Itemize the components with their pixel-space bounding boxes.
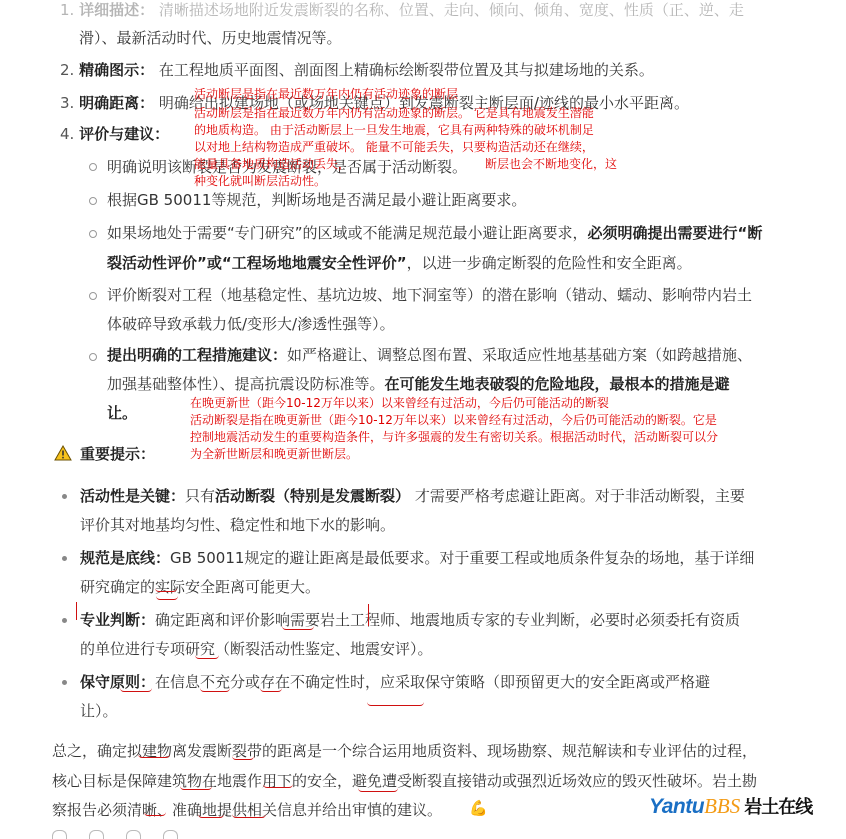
bullet-icon xyxy=(89,230,97,238)
copy-icon[interactable] xyxy=(52,830,67,839)
ink-underline xyxy=(260,688,282,692)
ink-underline xyxy=(282,626,314,630)
ink-mark xyxy=(368,604,369,626)
step-number: 2. xyxy=(60,61,74,79)
annotation-note-1-line3: 以对地上结构物造成严重破坏。 能量不可能丢失，只要构造活动还在继续， xyxy=(194,140,594,155)
ink-mark xyxy=(76,602,77,620)
step-number: 4. xyxy=(60,125,74,143)
ink-underline xyxy=(180,786,212,790)
annotation-note-1-overlap: 能量具备地质构造活动丢失， xyxy=(194,157,350,172)
sub-item-bold: 裂活动性评价”或“工程场地地震安全性评价” xyxy=(107,254,407,272)
sub-item-3-line1: 如果场地处于需要“专门研究”的区域或不能满足规范最小避让距离要求，必须明确提出需… xyxy=(107,223,762,243)
step-2: 2. 精确图示： 在工程地质平面图、剖面图上精确标绘断裂带位置及其与拟建场地的关… xyxy=(60,60,654,80)
sub-item-5-line2: 加强基础整体性）、提高抗震设防标准等。在可能发生地表破裂的危险地段，最根本的措施… xyxy=(107,374,730,394)
ink-underline xyxy=(232,756,254,760)
important-title: 重要提示： xyxy=(80,444,155,464)
sub-item-bold: 必须明确提出需要进行“断 xyxy=(588,224,763,242)
ink-underline xyxy=(120,688,152,692)
bullet-icon xyxy=(89,197,97,205)
bullet-icon xyxy=(62,618,67,623)
item-text: 确定距离和评价影响需要岩土工程师、地震地质专家的专业判断，必要时必须委托有资质 xyxy=(155,611,740,629)
item-text: 才需要严格考虑避让距离。对于非活动断裂，主要 xyxy=(415,487,745,505)
important-item-2-line1: 规范是底线：GB 50011规定的避让距离是最低要求。对于重要工程或地质条件复杂… xyxy=(80,548,754,568)
sub-item-4-line1: 评价断裂对工程（地基稳定性、基坑边坡、地下洞室等）的潜在影响（错动、蠕动、影响带… xyxy=(107,285,752,305)
annotation-note-1-line5: 种变化就叫断层活动性。 xyxy=(194,174,326,189)
sub-item-4-line2: 体破碎导致承载力低/变形大/渗透性强等）。 xyxy=(107,314,395,334)
annotation-note-2-line1: 活动断裂是指在晚更新世（距今10-12万年以来）以来曾经有过活动，今后仍可能活动… xyxy=(190,413,717,428)
chat-response-page: 1. 详细描述： 清晰描述场地附近发震断裂的名称、位置、走向、倾向、倾角、宽度、… xyxy=(0,0,846,839)
sub-item-5-line3: 让。 xyxy=(107,403,137,423)
ink-underline xyxy=(144,812,166,816)
important-item-1-line2: 评价其对地基均匀性、稳定性和地下水的影响。 xyxy=(80,515,395,535)
ink-underline xyxy=(198,814,224,818)
bullet-icon xyxy=(89,353,97,361)
bullet-icon xyxy=(89,163,97,171)
summary-line2: 核心目标是保障建筑物在地震作用下的安全，避免遭受断裂直接错动或强烈近场效应的毁灭… xyxy=(52,771,757,791)
message-action-toolbar xyxy=(52,830,178,839)
item-text: 只有 xyxy=(185,487,215,505)
sub-item-text: 如严格避让、调整总图布置、采取适应性地基基础方案（如跨越措施、 xyxy=(287,346,752,364)
logo-bbs: BBS xyxy=(704,794,740,818)
annotation-note-2-line3: 为全新世断层和晚更新世断层。 xyxy=(190,447,358,462)
bullet-icon xyxy=(62,494,67,499)
item-text: GB 50011规定的避让距离是最低要求。对于重要工程或地质条件复杂的场地，基于… xyxy=(170,549,754,567)
ink-underline xyxy=(232,814,266,818)
important-item-3-line2: 的单位进行专项研究（断裂活动性鉴定、地震安评）。 xyxy=(80,639,433,659)
item-text: 在信息不充分或存在不确定性时，应采取保守策略（即预留更大的安全距离或严格避 xyxy=(155,673,710,691)
step-title: 评价与建议： xyxy=(79,125,169,143)
logo-cn: 岩土在线 xyxy=(744,797,812,817)
sub-item-text: ，以进一步确定断裂的危险性和安全距离。 xyxy=(407,254,692,272)
annotation-note-1-line0: 活动断层是指在最近数万年内仍有活动迹象的断层 xyxy=(194,87,458,102)
refresh-icon[interactable] xyxy=(89,830,104,839)
sub-item-text: 如果场地处于需要“专门研究”的区域或不能满足规范最小避让距离要求， xyxy=(107,224,588,242)
flexed-bicep-emoji: 💪 xyxy=(469,799,488,817)
step-number: 1. xyxy=(60,1,74,19)
logo-yantu: Yantu xyxy=(649,795,704,818)
step-text: 在工程地质平面图、剖面图上精确标绘断裂带位置及其与拟建场地的关系。 xyxy=(159,61,654,79)
ink-underline xyxy=(155,588,177,592)
important-item-1-line1: 活动性是关键：只有活动断裂（特别是发震断裂） 才需要严格考虑避让距离。对于非活动… xyxy=(80,486,745,506)
item-title: 活动性是关键： xyxy=(80,487,185,505)
annotation-note-2-line0: 在晚更新世（距今10-12万年以来）以来曾经有过活动，今后仍可能活动的断裂 xyxy=(190,396,609,411)
summary-line1: 总之，确定拟建物离发震断裂带的距离是一个综合运用地质资料、现场勘察、规范解读和专… xyxy=(52,741,757,761)
sub-item-3-line2: 裂活动性评价”或“工程场地地震安全性评价”，以进一步确定断裂的危险性和安全距离。 xyxy=(107,253,692,273)
sub-item-2: 根据GB 50011等规范，判断场地是否满足最小避让距离要求。 xyxy=(107,190,526,210)
ink-underline xyxy=(367,702,424,706)
step-title: 精确图示： xyxy=(79,61,154,79)
sub-item-5-line1: 提出明确的工程措施建议：如严格避让、调整总图布置、采取适应性地基基础方案（如跨越… xyxy=(107,345,752,365)
step-1: 1. 详细描述： 清晰描述场地附近发震断裂的名称、位置、走向、倾向、倾角、宽度、… xyxy=(60,0,744,20)
step-number: 3. xyxy=(60,94,74,112)
sub-item-bold: 在可能发生地表破裂的危险地段，最根本的措施是避 xyxy=(385,375,730,393)
annotation-note-1-line1: 活动断层是指在最近数万年内仍有活动迹象的断层。 它是具有地震发生潜能 xyxy=(194,106,594,121)
important-item-2-line2: 研究确定的实际安全距离可能更大。 xyxy=(80,577,320,597)
ink-underline xyxy=(195,655,219,659)
bullet-icon xyxy=(62,556,67,561)
step-title: 详细描述： xyxy=(79,1,154,19)
ink-underline xyxy=(138,754,170,758)
item-bold: 活动断裂（特别是发震断裂） xyxy=(215,487,410,505)
annotation-note-1-line4: 断层也会不断地变化，这 xyxy=(485,157,617,172)
step-1-line2: 滑）、最新活动时代、历史地震情况等。 xyxy=(79,28,342,48)
item-title: 规范是底线： xyxy=(80,549,170,567)
ink-underline xyxy=(156,596,178,600)
step-4: 4. 评价与建议： xyxy=(60,124,169,144)
yantubbs-watermark-logo: YantuBBS岩土在线 xyxy=(649,793,812,817)
thumbs-up-icon[interactable] xyxy=(126,830,141,839)
ink-underline xyxy=(263,784,293,788)
bullet-icon xyxy=(89,292,97,300)
important-item-4-line1: 保守原则：在信息不充分或存在不确定性时，应采取保守策略（即预留更大的安全距离或严… xyxy=(80,672,710,692)
ink-underline xyxy=(200,688,230,692)
item-title: 专业判断： xyxy=(80,611,155,629)
annotation-note-2-line2: 控制地震活动发生的重要构造条件，与许多强震的发生有密切关系。根据活动时代，活动断… xyxy=(190,430,718,445)
important-item-4-line2: 让）。 xyxy=(80,701,118,721)
important-title-text: 重要提示： xyxy=(80,445,155,463)
sub-item-bold: 让。 xyxy=(107,404,137,422)
sub-item-title: 提出明确的工程措施建议： xyxy=(107,346,287,364)
important-item-3-line1: 专业判断：确定距离和评价影响需要岩土工程师、地震地质专家的专业判断，必要时必须委… xyxy=(80,610,740,630)
step-text: 清晰描述场地附近发震断裂的名称、位置、走向、倾向、倾角、宽度、性质（正、逆、走 xyxy=(159,1,744,19)
sub-item-text: 加强基础整体性）、提高抗震设防标准等。 xyxy=(107,375,385,393)
warning-icon xyxy=(54,445,72,461)
bullet-icon xyxy=(62,680,67,685)
step-title: 明确距离： xyxy=(79,94,154,112)
thumbs-down-icon[interactable] xyxy=(163,830,178,839)
annotation-note-1-line2: 的地质构造。 由于活动断层上一旦发生地震，它具有两种特殊的破坏机制足 xyxy=(194,123,594,138)
ink-underline xyxy=(358,788,398,792)
